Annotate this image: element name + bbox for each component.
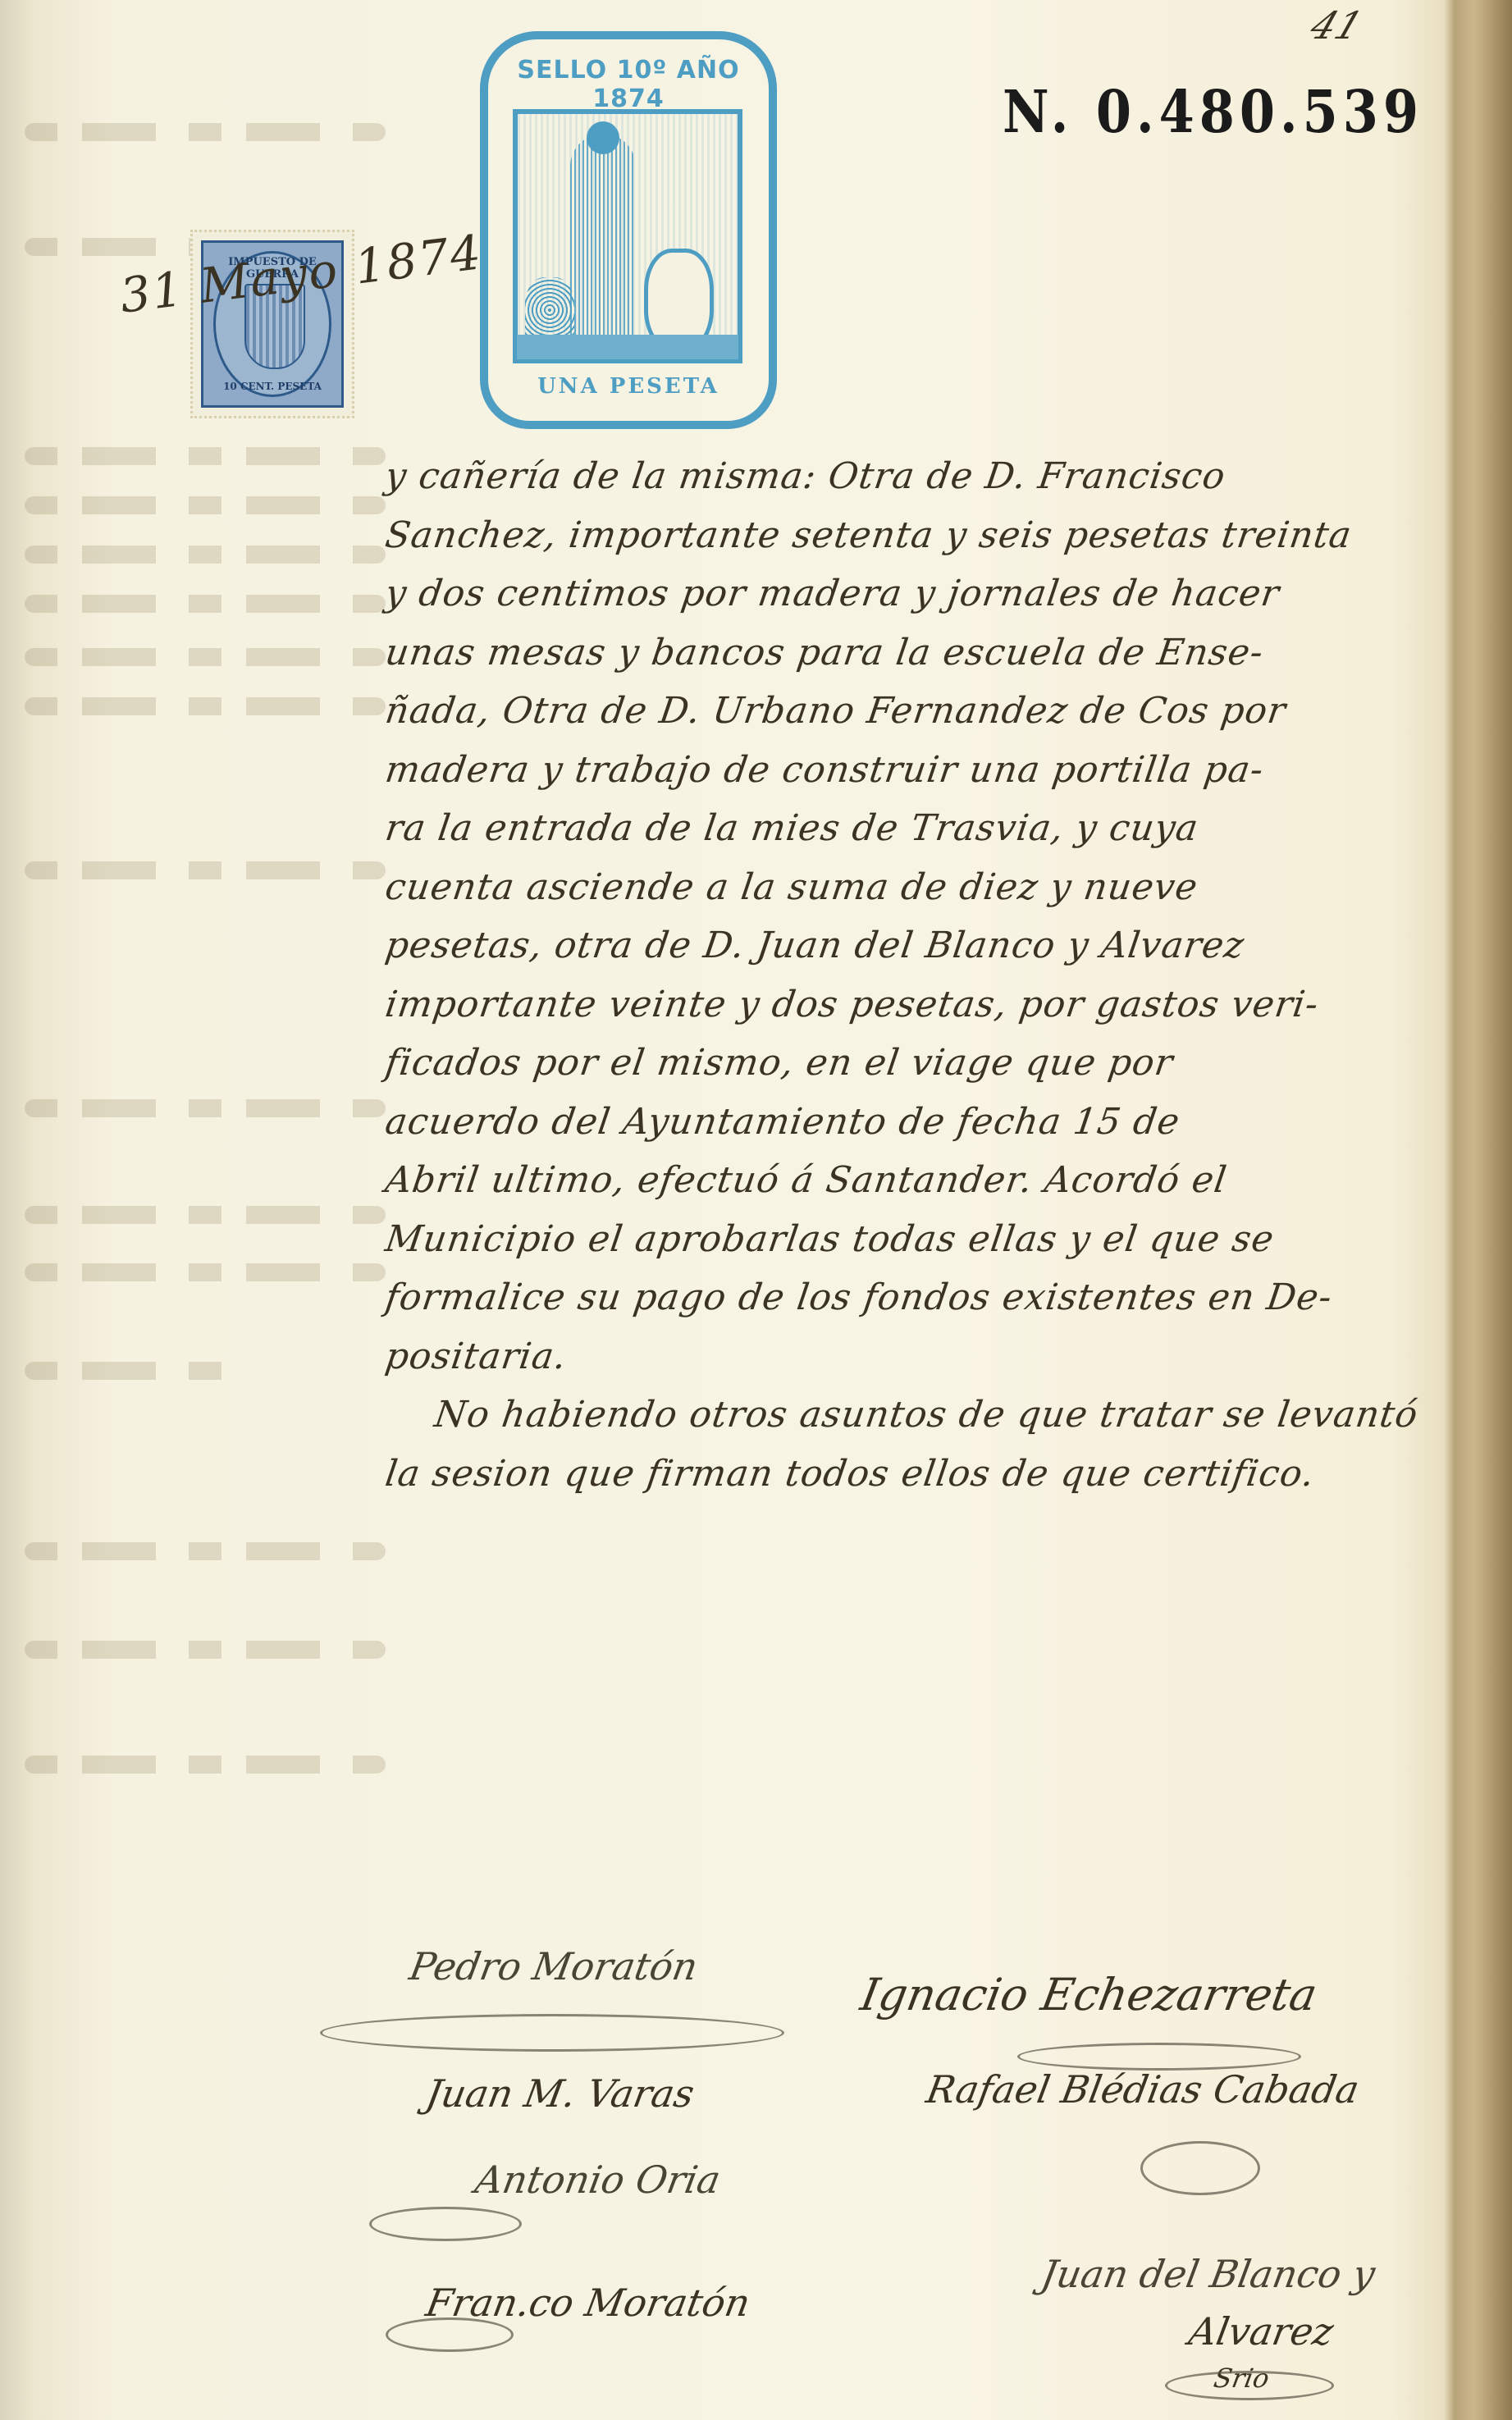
signature-rafael-cabada: Rafael Blédias Cabada	[923, 2067, 1363, 2112]
body-line: y dos centimos por madera y jornales de …	[381, 564, 1456, 623]
bleed-through-text	[25, 123, 386, 141]
stamp-bottom-text: 10 CENT. PESETA	[203, 381, 341, 392]
bleed-through-text	[25, 496, 386, 514]
stamp-top-text: SELLO 10º AÑO 1874	[480, 56, 777, 113]
body-line: ra la entrada de la mies de Trasvia, y c…	[381, 799, 1456, 858]
bleed-through-text	[25, 1641, 386, 1659]
body-line: madera y trabajo de construir una portil…	[381, 741, 1456, 800]
signature-ignacio-echezarreta: Ignacio Echezarreta	[856, 1969, 1321, 2020]
bleed-through-text	[25, 648, 386, 666]
body-line: acuerdo del Ayuntamiento de fecha 15 de	[381, 1093, 1456, 1152]
body-line: ñada, Otra de D. Urbano Fernandez de Cos…	[381, 682, 1456, 741]
bleed-through-text	[25, 1756, 386, 1774]
allegorical-figure-icon	[570, 134, 636, 347]
bleed-through-text	[25, 1542, 386, 1560]
body-line: unas mesas y bancos para la escuela de E…	[381, 623, 1456, 683]
body-line: cuenta asciende a la suma de diez y nuev…	[381, 858, 1456, 917]
bleed-through-text	[25, 861, 386, 879]
body-line: formalice su pago de los fondos existent…	[381, 1268, 1456, 1327]
body-line: y cañería de la misma: Otra de D. Franci…	[381, 447, 1456, 506]
bleed-through-text	[25, 595, 386, 613]
bleed-through-text	[25, 1263, 386, 1281]
body-line: importante veinte y dos pesetas, por gas…	[381, 975, 1456, 1034]
serial-number: N. 0.480.539	[1003, 78, 1423, 147]
stamp-bottom-text: UNA PESETA	[480, 374, 777, 399]
bleed-through-text	[25, 1362, 230, 1380]
signature-alvarez: Alvarez	[1185, 2309, 1336, 2354]
signature-juan-varas: Juan M. Varas	[423, 2071, 697, 2116]
body-line: Abril ultimo, efectuó á Santander. Acord…	[381, 1151, 1456, 1210]
signature-flourish	[1017, 2043, 1301, 2071]
bleed-through-text	[25, 1206, 386, 1224]
body-line: pesetas, otra de D. Juan del Blanco y Al…	[381, 916, 1456, 975]
figure-head-icon	[587, 121, 619, 154]
sello-stamp: SELLO 10º AÑO 1874 UNA PESETA	[480, 31, 777, 429]
body-line: ficados por el mismo, en el viage que po…	[381, 1034, 1456, 1093]
bleed-through-text	[25, 1099, 386, 1117]
body-line: Sanchez, importante setenta y seis peset…	[381, 506, 1456, 565]
signature-flourish	[1140, 2141, 1260, 2195]
signature-flourish	[320, 2014, 784, 2052]
body-line: positaria.	[381, 1327, 1456, 1386]
signature-pedro-moraton: Pedro Moratón	[406, 1944, 701, 1989]
body-line: No habiendo otros asuntos de que tratar …	[381, 1386, 1456, 1445]
signature-flourish	[1165, 2371, 1334, 2400]
stamp-ground	[517, 335, 738, 359]
signature-flourish	[386, 2317, 514, 2352]
signature-flourish	[369, 2207, 522, 2241]
bleed-through-text	[25, 447, 386, 465]
lion-icon	[525, 277, 574, 343]
body-line: la sesion que firman todos ellos de que …	[381, 1445, 1456, 1504]
bleed-through-text	[25, 697, 386, 715]
document-page: 41 N. 0.480.539 SELLO 10º AÑO 1874 UNA P…	[0, 0, 1512, 2420]
bleed-through-text	[25, 546, 386, 564]
body-line: Municipio el aprobarlas todas ellas y el…	[381, 1210, 1456, 1269]
signature-juan-del-blanco: Juan del Blanco y	[1038, 2252, 1378, 2296]
signature-antonio-oria: Antonio Oria	[472, 2157, 724, 2202]
document-body: y cañería de la misma: Otra de D. Franci…	[386, 447, 1452, 1503]
folio-number: 41	[1304, 3, 1368, 48]
